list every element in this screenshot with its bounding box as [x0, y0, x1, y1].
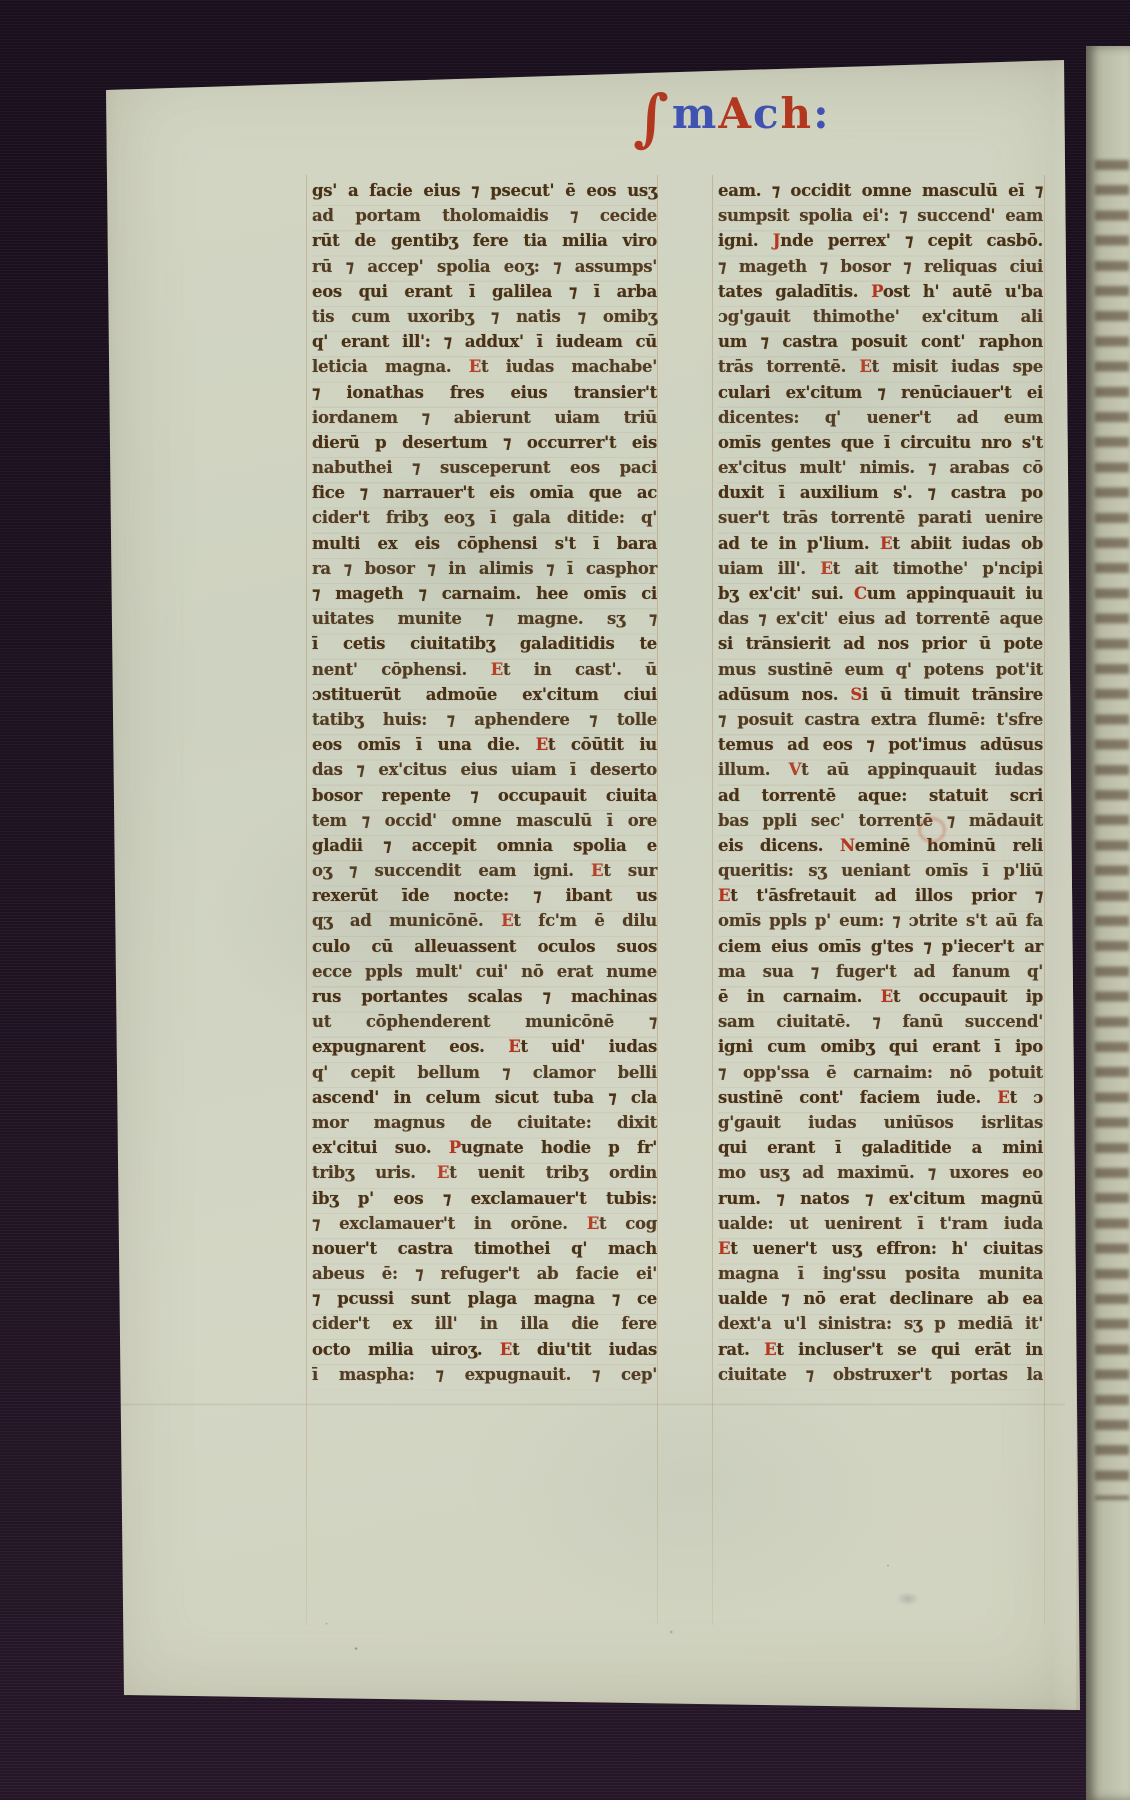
manuscript-page: ∫mAch: gs' a facie eius ⁊ psecut' ē eos …	[100, 55, 1085, 1715]
page-shading	[100, 55, 1085, 1715]
next-folio-blurred-text	[1095, 160, 1129, 1500]
photo-backdrop: ∫mAch: gs' a facie eius ⁊ psecut' ē eos …	[0, 0, 1130, 1800]
next-folio-edge	[1086, 46, 1130, 1800]
